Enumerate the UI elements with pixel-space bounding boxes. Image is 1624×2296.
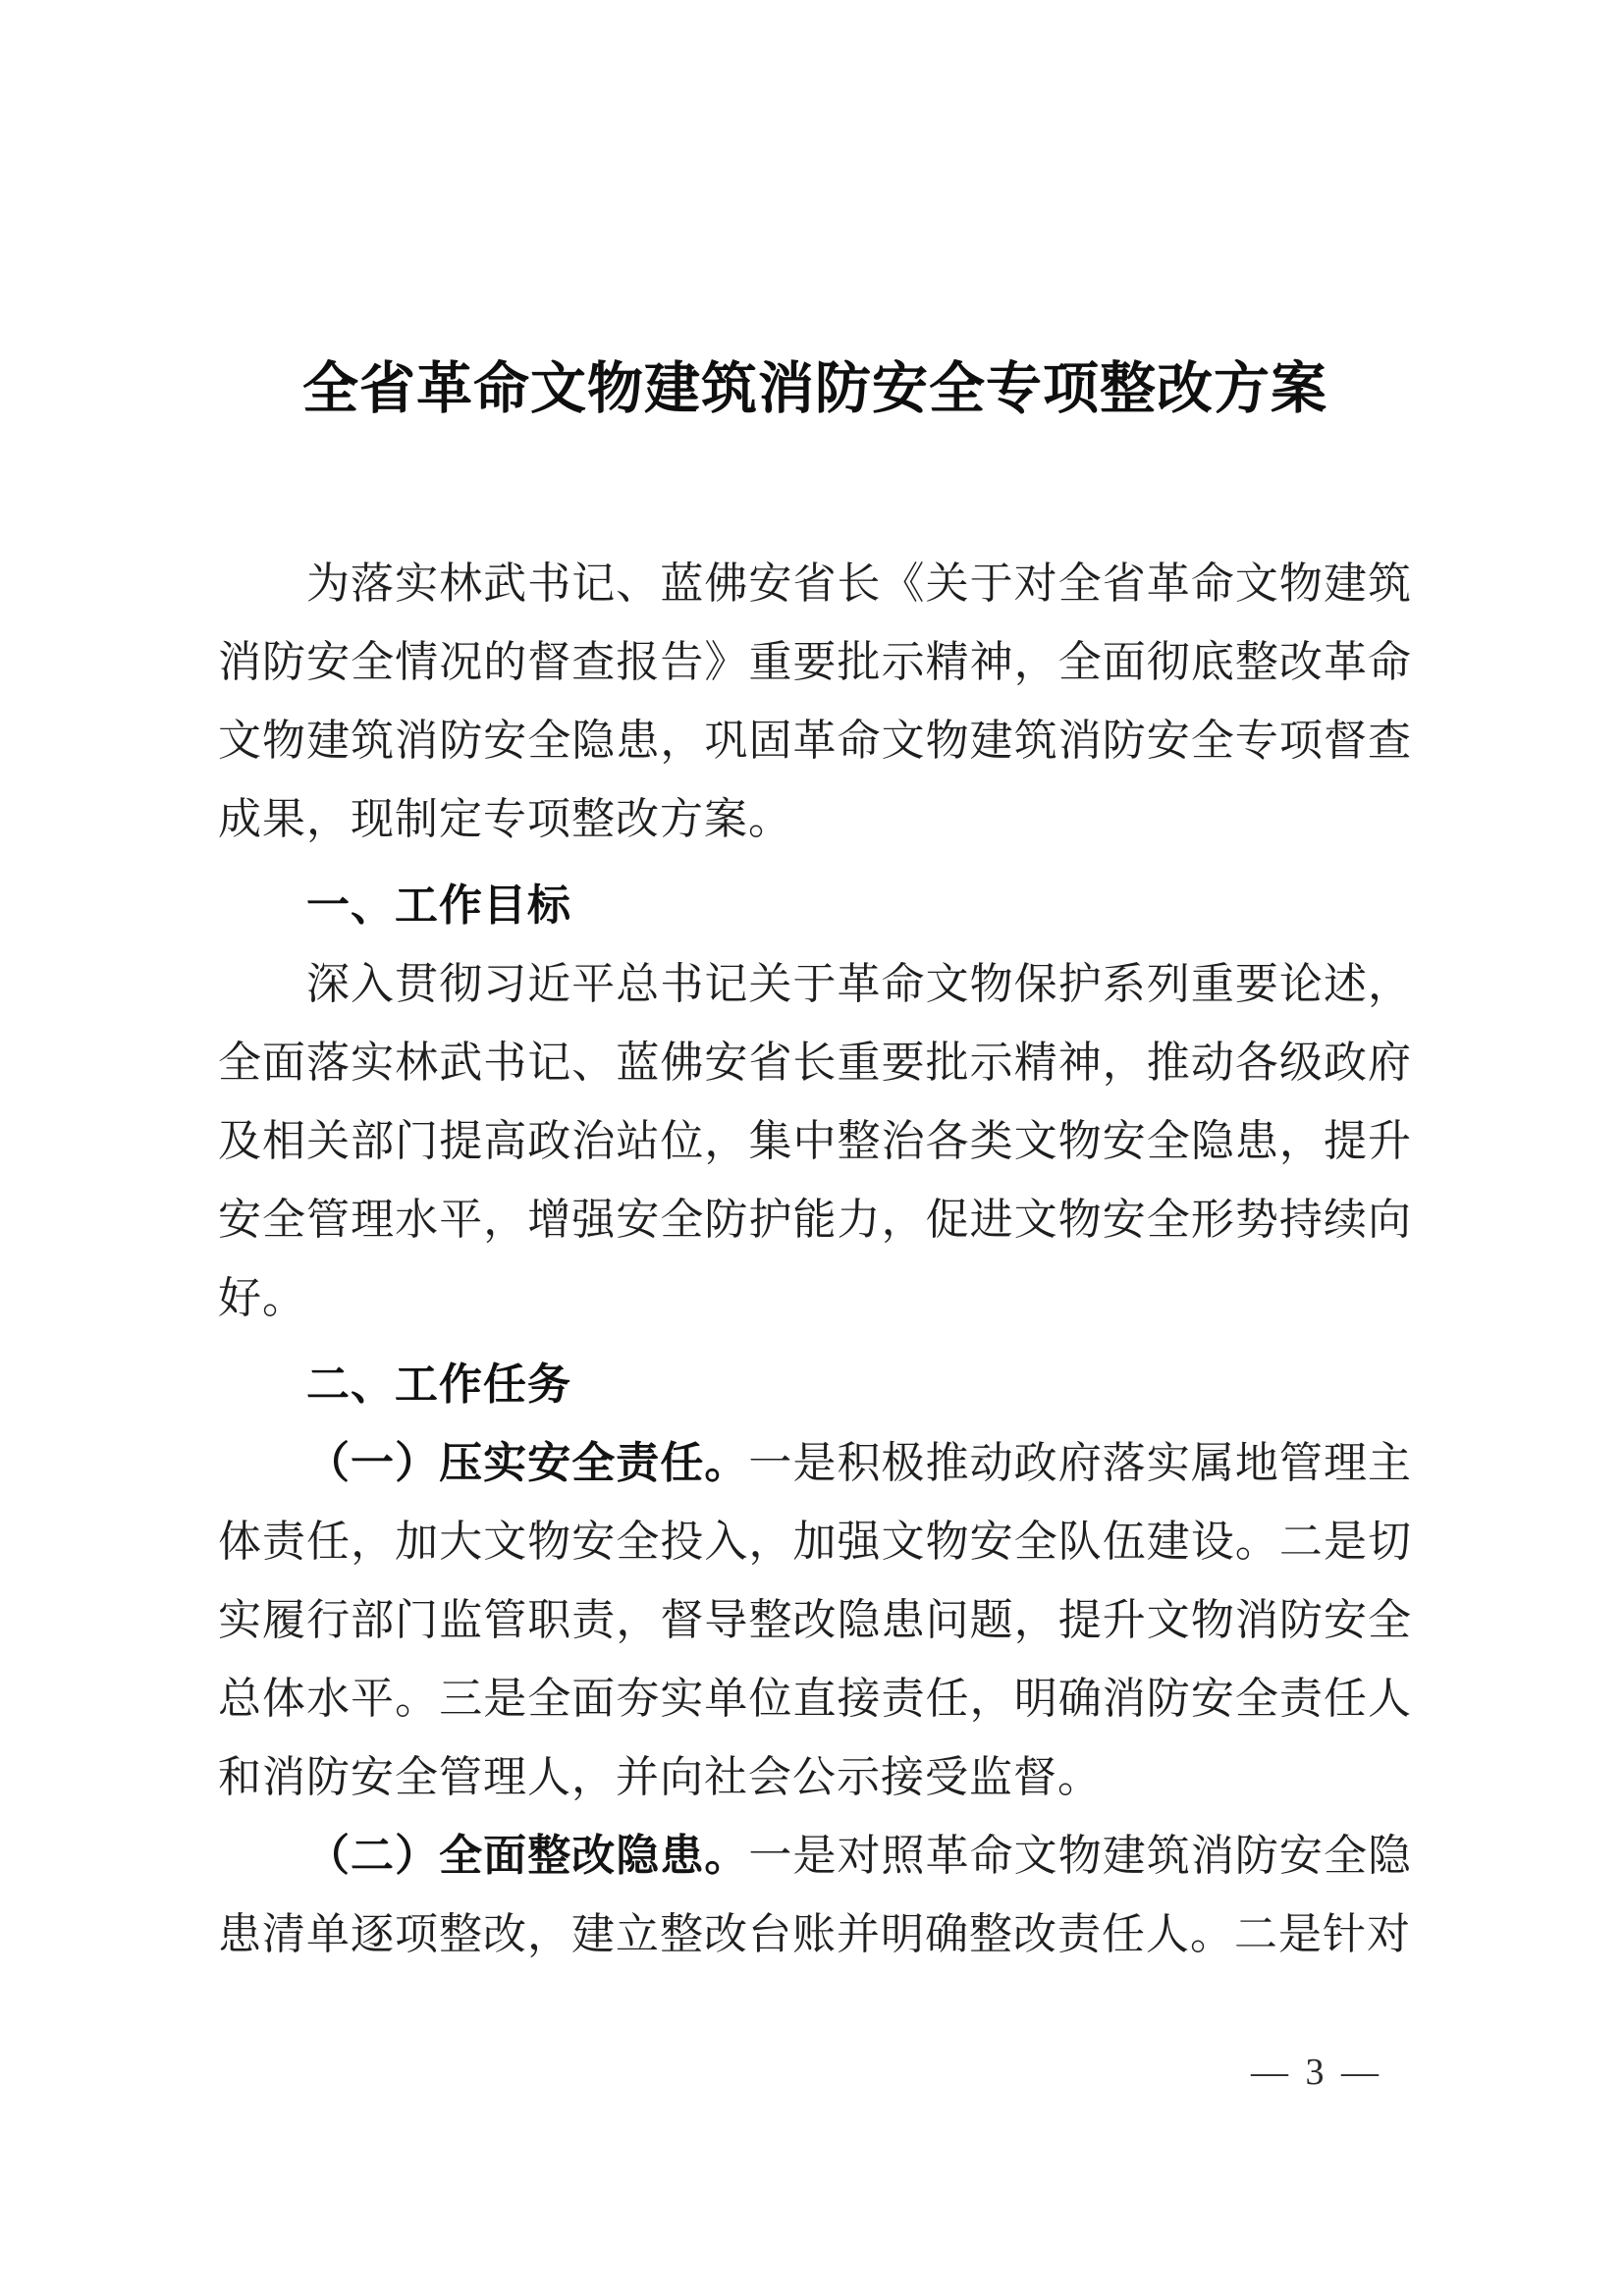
document-content: 全省革命文物建筑消防安全专项整改方案 为落实林武书记、蓝佛安省长《关于对全省革命… (0, 0, 1624, 2094)
intro-paragraph: 为落实林武书记、蓝佛安省长《关于对全省革命文物建筑消防安全情况的督查报告》重要批… (218, 545, 1412, 859)
task2-lead-label: （二）全面整改隐患。 (306, 1832, 748, 1880)
document-page: 全省革命文物建筑消防安全专项整改方案 为落实林武书记、蓝佛安省长《关于对全省革命… (0, 0, 1624, 2296)
section-work-goals-paragraph: 深入贯彻习近平总书记关于革命文物保护系列重要论述，全面落实林武书记、蓝佛安省长重… (218, 945, 1412, 1338)
document-title: 全省革命文物建筑消防安全专项整改方案 (218, 360, 1412, 419)
task1-paragraph: （一）压实安全责任。一是积极推动政府落实属地管理主体责任，加大文物安全投入，加强… (218, 1424, 1412, 1817)
task2-paragraph: （二）全面整改隐患。一是对照革命文物建筑消防安全隐患清单逐项整改，建立整改台账并… (218, 1817, 1412, 1974)
page-number: — 3 — (218, 2051, 1412, 2094)
section-heading-work-goals: 一、工作目标 (218, 867, 1412, 945)
task1-lead-label: （一）压实安全责任。 (306, 1439, 748, 1487)
task1-body-text: 一是积极推动政府落实属地管理主体责任，加大文物安全投入，加强文物安全队伍建设。二… (218, 1439, 1412, 1801)
section-heading-work-tasks: 二、工作任务 (218, 1346, 1412, 1424)
